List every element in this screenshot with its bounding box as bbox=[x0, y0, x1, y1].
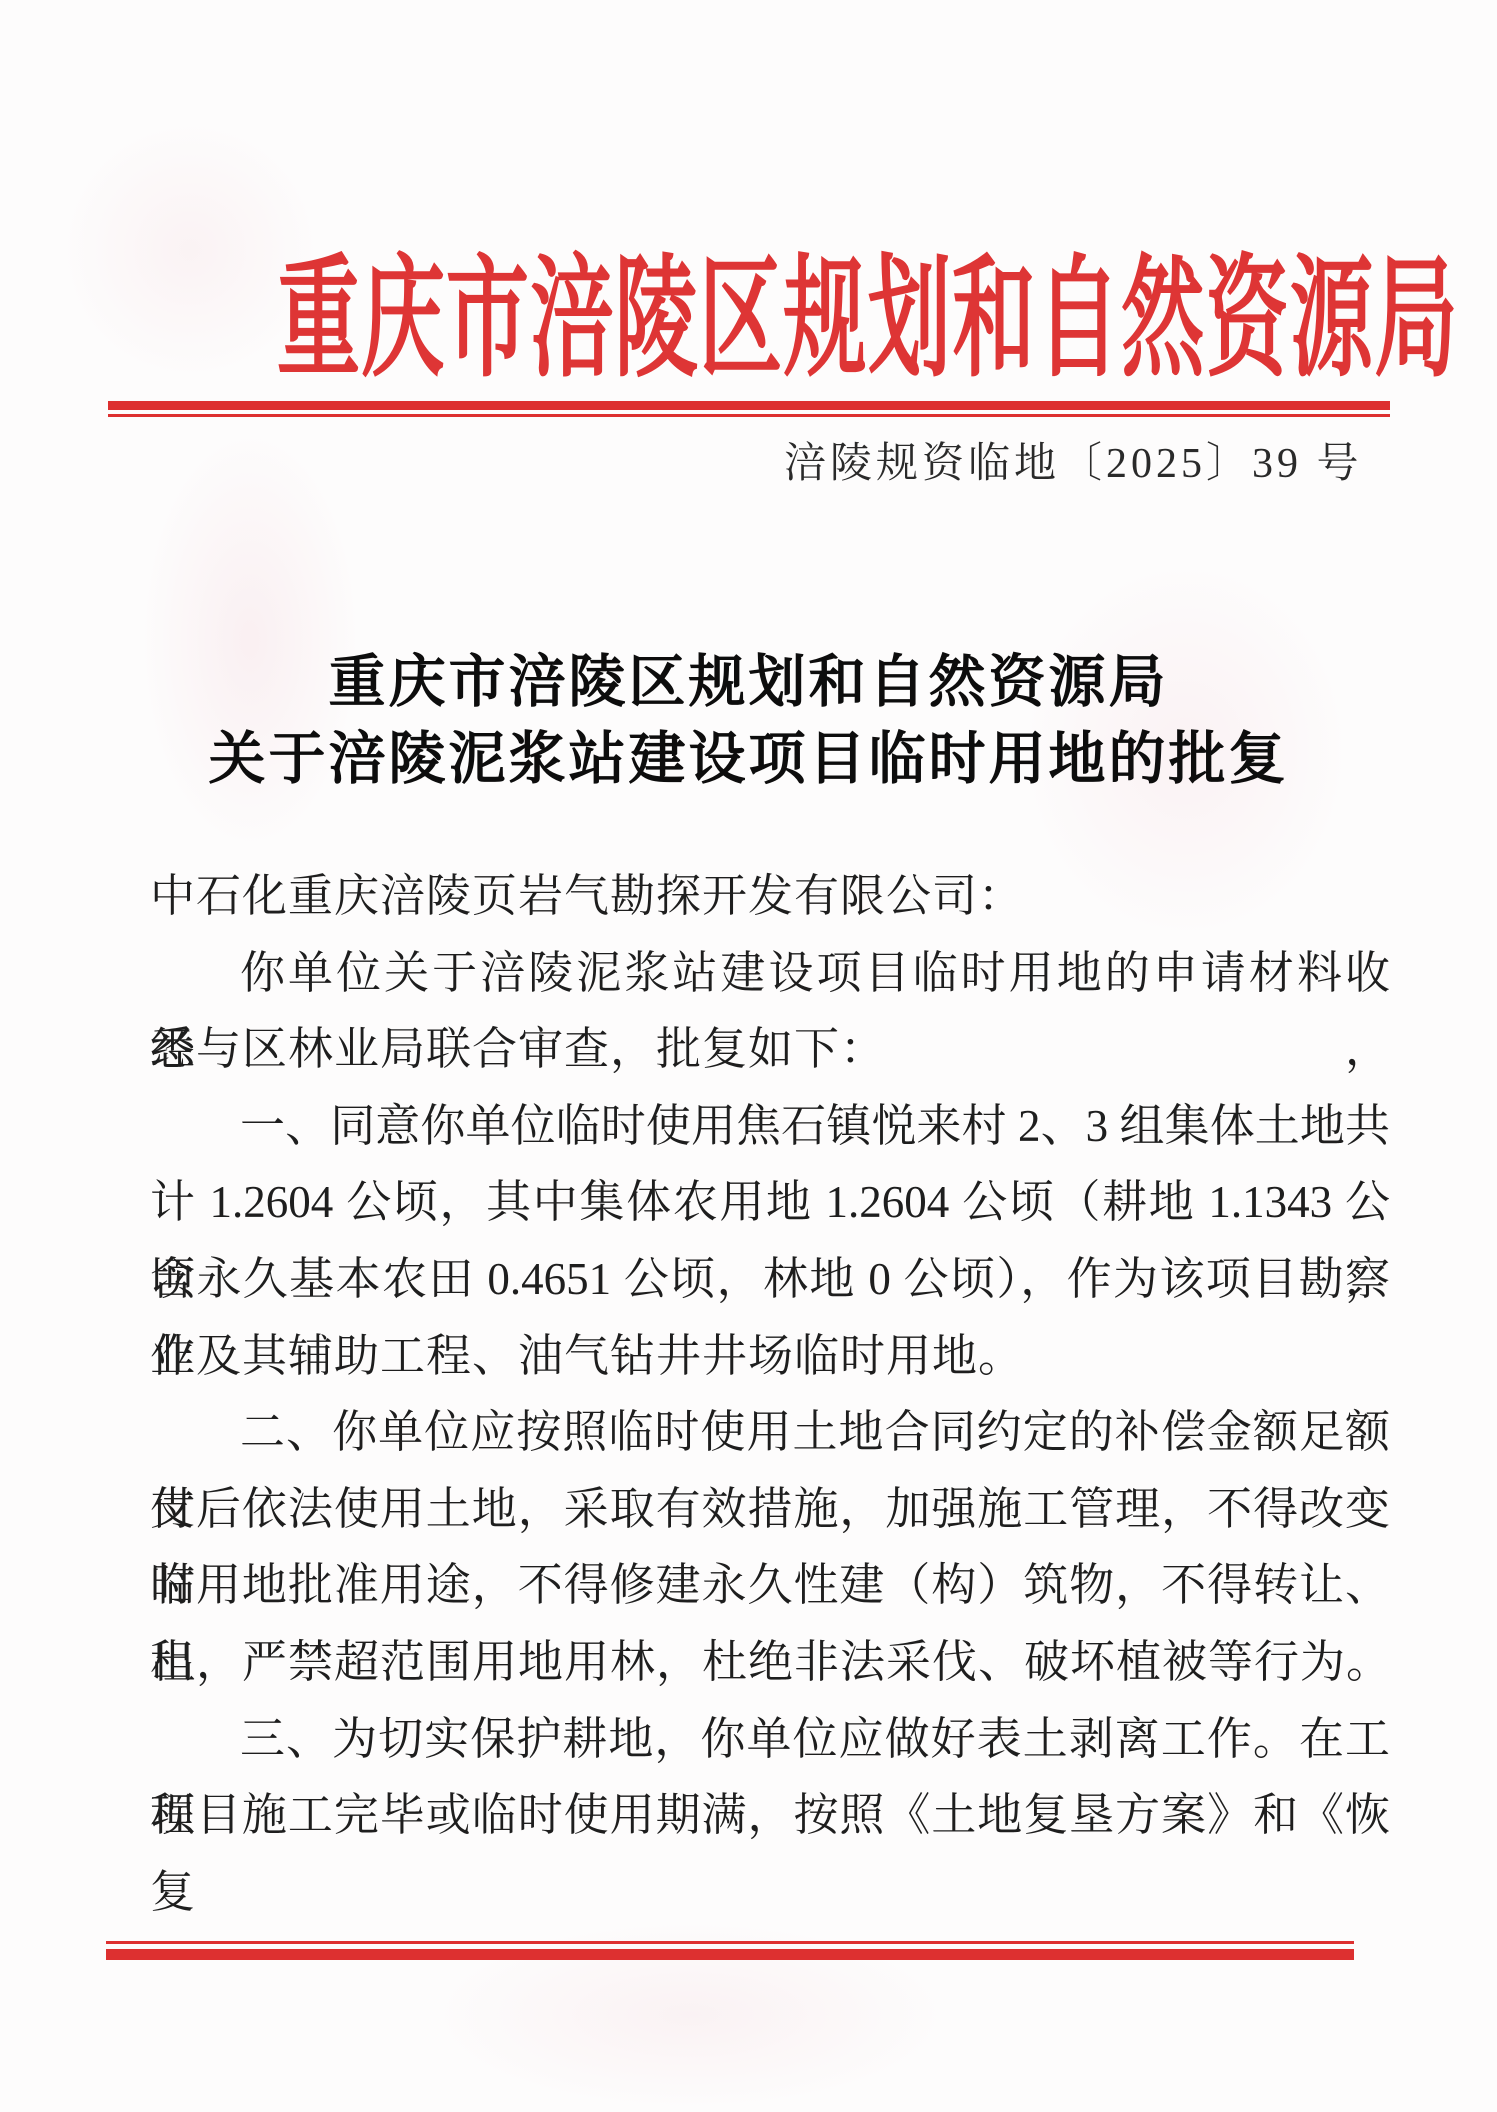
body-line: 租，严禁超范围用地用林，杜绝非法采伐、破坏植被等行为。 bbox=[150, 1624, 1390, 1701]
body-line-item-one: 一、同意你单位临时使用焦石镇悦来村 2、3 组集体土地共 bbox=[150, 1088, 1390, 1165]
body-line-salutation: 中石化重庆涪陵页岩气勘探开发有限公司： bbox=[150, 858, 1390, 935]
body-line: 含永久基本农田 0.4651 公顷，林地 0 公顷），作为该项目勘察作 bbox=[150, 1241, 1390, 1318]
footer-rule-thin bbox=[106, 1941, 1354, 1944]
body-line: 项目施工完毕或临时使用期满，按照《土地复垦方案》和《恢复 bbox=[150, 1777, 1390, 1854]
agency-masthead: 重庆市涪陵区规划和自然资源局 bbox=[277, 248, 1220, 391]
body-line: 时用地批准用途，不得修建永久性建（构）筑物，不得转让、出 bbox=[150, 1547, 1390, 1624]
body-line-item-three: 三、为切实保护耕地，你单位应做好表土剥离工作。在工程 bbox=[150, 1701, 1390, 1778]
body-line: 你单位关于涪陵泥浆站建设项目临时用地的申请材料收悉， bbox=[150, 935, 1390, 1012]
document-title-line1: 重庆市涪陵区规划和自然资源局 bbox=[0, 644, 1497, 721]
body-line: 业及其辅助工程、油气钻井井场临时用地。 bbox=[150, 1318, 1390, 1395]
header-rule-thin bbox=[108, 414, 1390, 417]
document-title-line2: 关于涪陵泥浆站建设项目临时用地的批复 bbox=[0, 721, 1497, 798]
header-rule-thick bbox=[108, 401, 1390, 410]
footer-rule-thick bbox=[106, 1949, 1354, 1960]
document-number: 涪陵规资临地〔2025〕39 号 bbox=[784, 430, 1363, 490]
body-line: 计 1.2604 公顷，其中集体农用地 1.2604 公顷（耕地 1.1343 … bbox=[150, 1164, 1390, 1241]
document-page: 重庆市涪陵区规划和自然资源局 涪陵规资临地〔2025〕39 号 重庆市涪陵区规划… bbox=[0, 0, 1497, 2112]
body-line: 付后依法使用土地，采取有效措施，加强施工管理，不得改变临 bbox=[150, 1471, 1390, 1548]
document-body: 中石化重庆涪陵页岩气勘探开发有限公司： 你单位关于涪陵泥浆站建设项目临时用地的申… bbox=[150, 858, 1390, 1854]
body-line-item-two: 二、你单位应按照临时使用土地合同约定的补偿金额足额支 bbox=[150, 1394, 1390, 1471]
